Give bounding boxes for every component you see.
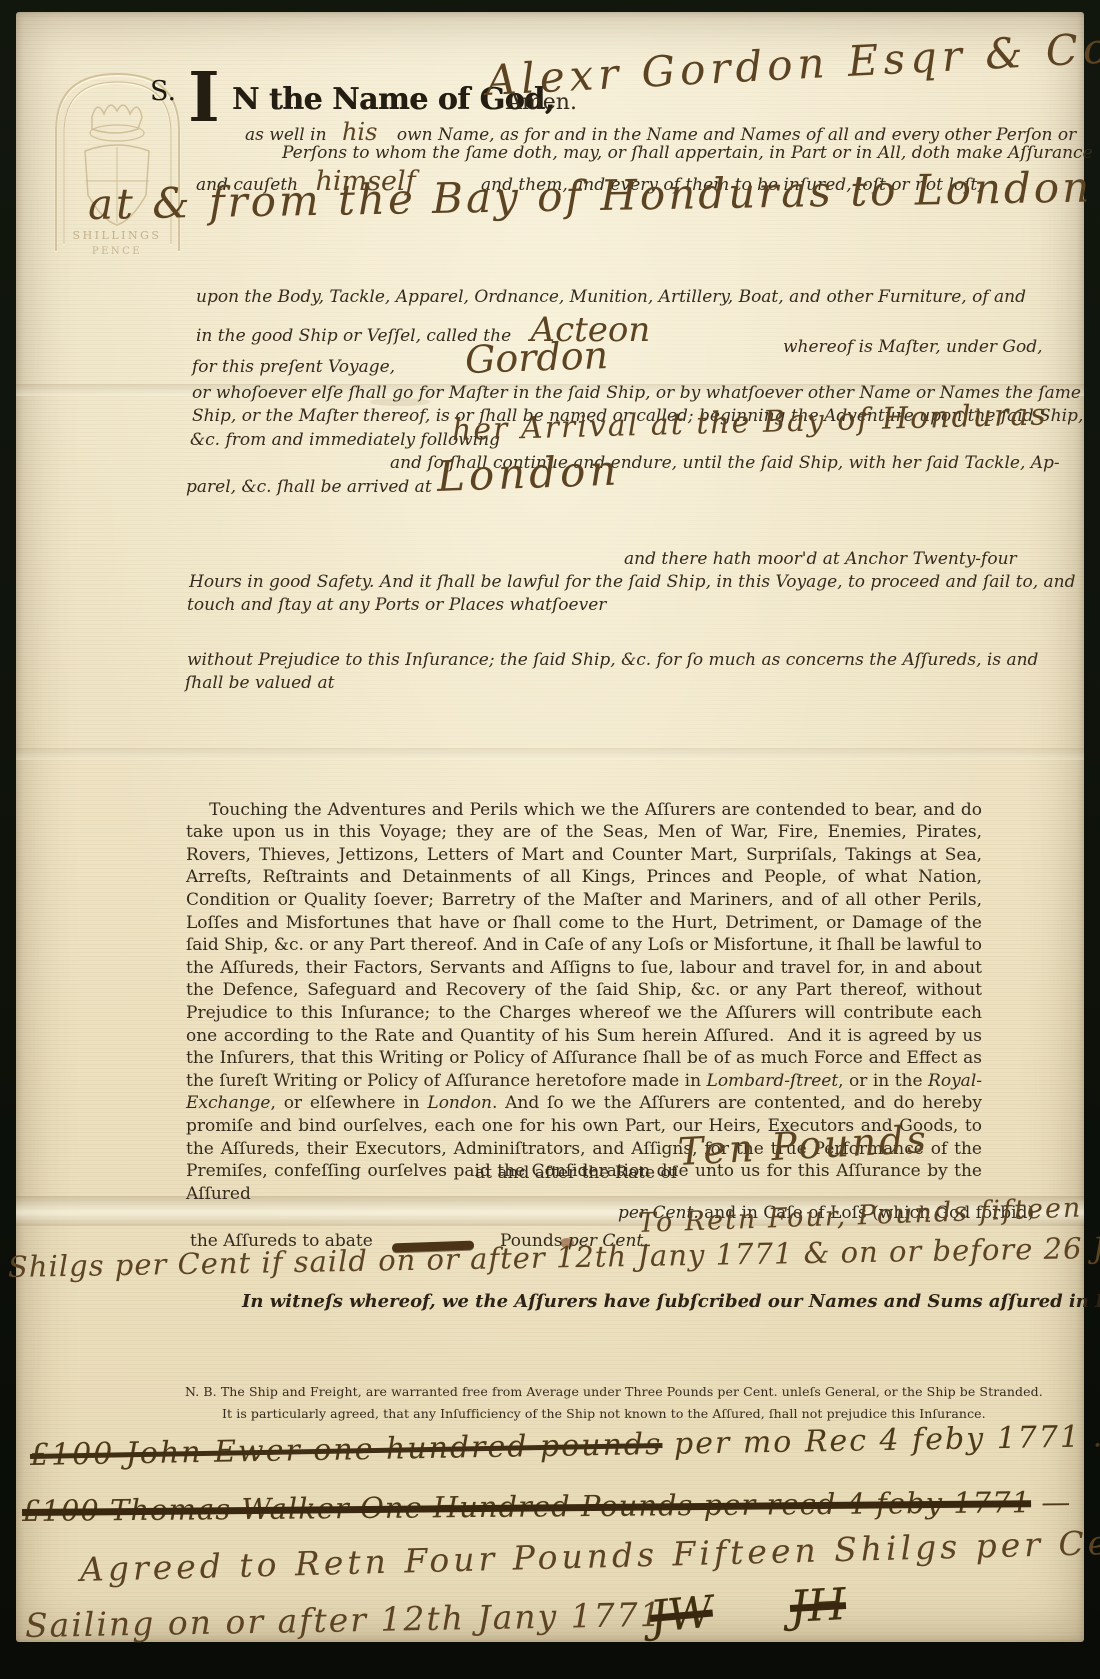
embossed-revenue-seal: SHILLINGS PENCE — [30, 55, 205, 265]
policy-document-scan: SHILLINGS PENCE S. I N the Name of God, … — [0, 0, 1100, 1679]
printed-line-valued: ſhall be valued at — [185, 673, 334, 693]
printed-text: as well in — [245, 125, 327, 145]
printed-line-hours: Hours in good Safety. And it ſhall be la… — [189, 572, 1076, 592]
printed-line-persons: Perſons to whom the ſame doth, may, or ſ… — [282, 143, 1093, 163]
printed-line-moored: and there hath moor'd at Anchor Twenty-f… — [624, 549, 1017, 569]
printed-text: , or elſewhere in — [271, 1093, 428, 1113]
seal-bottom-text: PENCE — [92, 246, 142, 257]
printed-text: own Name, as for and in the Name and Nam… — [397, 125, 1076, 145]
handwritten-his: his — [342, 118, 377, 146]
printed-italic-lombard-street: Lombard-ſtreet — [707, 1071, 839, 1091]
heading-dropcap: I — [188, 64, 220, 132]
printed-line-rate: at and after the Rate of — [475, 1163, 677, 1183]
seal-bottom-text: SHILLINGS — [73, 229, 162, 242]
struck-monogram-2: JH — [789, 1579, 848, 1633]
printed-text: , or in the — [838, 1071, 928, 1091]
nb-line-1: N. B. The Ship and Freight, are warrante… — [185, 1384, 1043, 1399]
stamp-letter: S. — [150, 76, 176, 107]
printed-line-master: whereof is Maſter, under God, — [783, 337, 1043, 357]
printed-line-body: upon the Body, Tackle, Apparel, Ordnance… — [196, 287, 1026, 307]
handwritten-master-name: Gordon — [464, 333, 609, 382]
printed-italic-london: London — [427, 1093, 492, 1113]
printed-line-arrived: parel, &c. ſhall be arrived at — [186, 477, 432, 497]
printed-line-prejudice: without Prejudice to this Inſurance; the… — [187, 650, 1038, 670]
seal-graphic: SHILLINGS PENCE — [30, 55, 205, 265]
printed-text: Touching the Adventures and Perils which… — [186, 800, 987, 1091]
subscription-tail: — — [1031, 1485, 1072, 1519]
printed-line-voyage: for this preſent Voyage, — [192, 357, 395, 377]
printed-line-witness: In witneſs whereof, we the Aſſurers have… — [242, 1291, 1100, 1312]
printed-line-aswell: as well in his own Name, as for and in t… — [245, 118, 1076, 146]
struck-monogram-1: JW — [648, 1587, 715, 1643]
handwritten-destination: London — [436, 446, 621, 501]
nb-line-2: It is particularly agreed, that any Inſu… — [222, 1406, 986, 1421]
printed-line-touch: touch and ſtay at any Ports or Places wh… — [187, 595, 606, 615]
